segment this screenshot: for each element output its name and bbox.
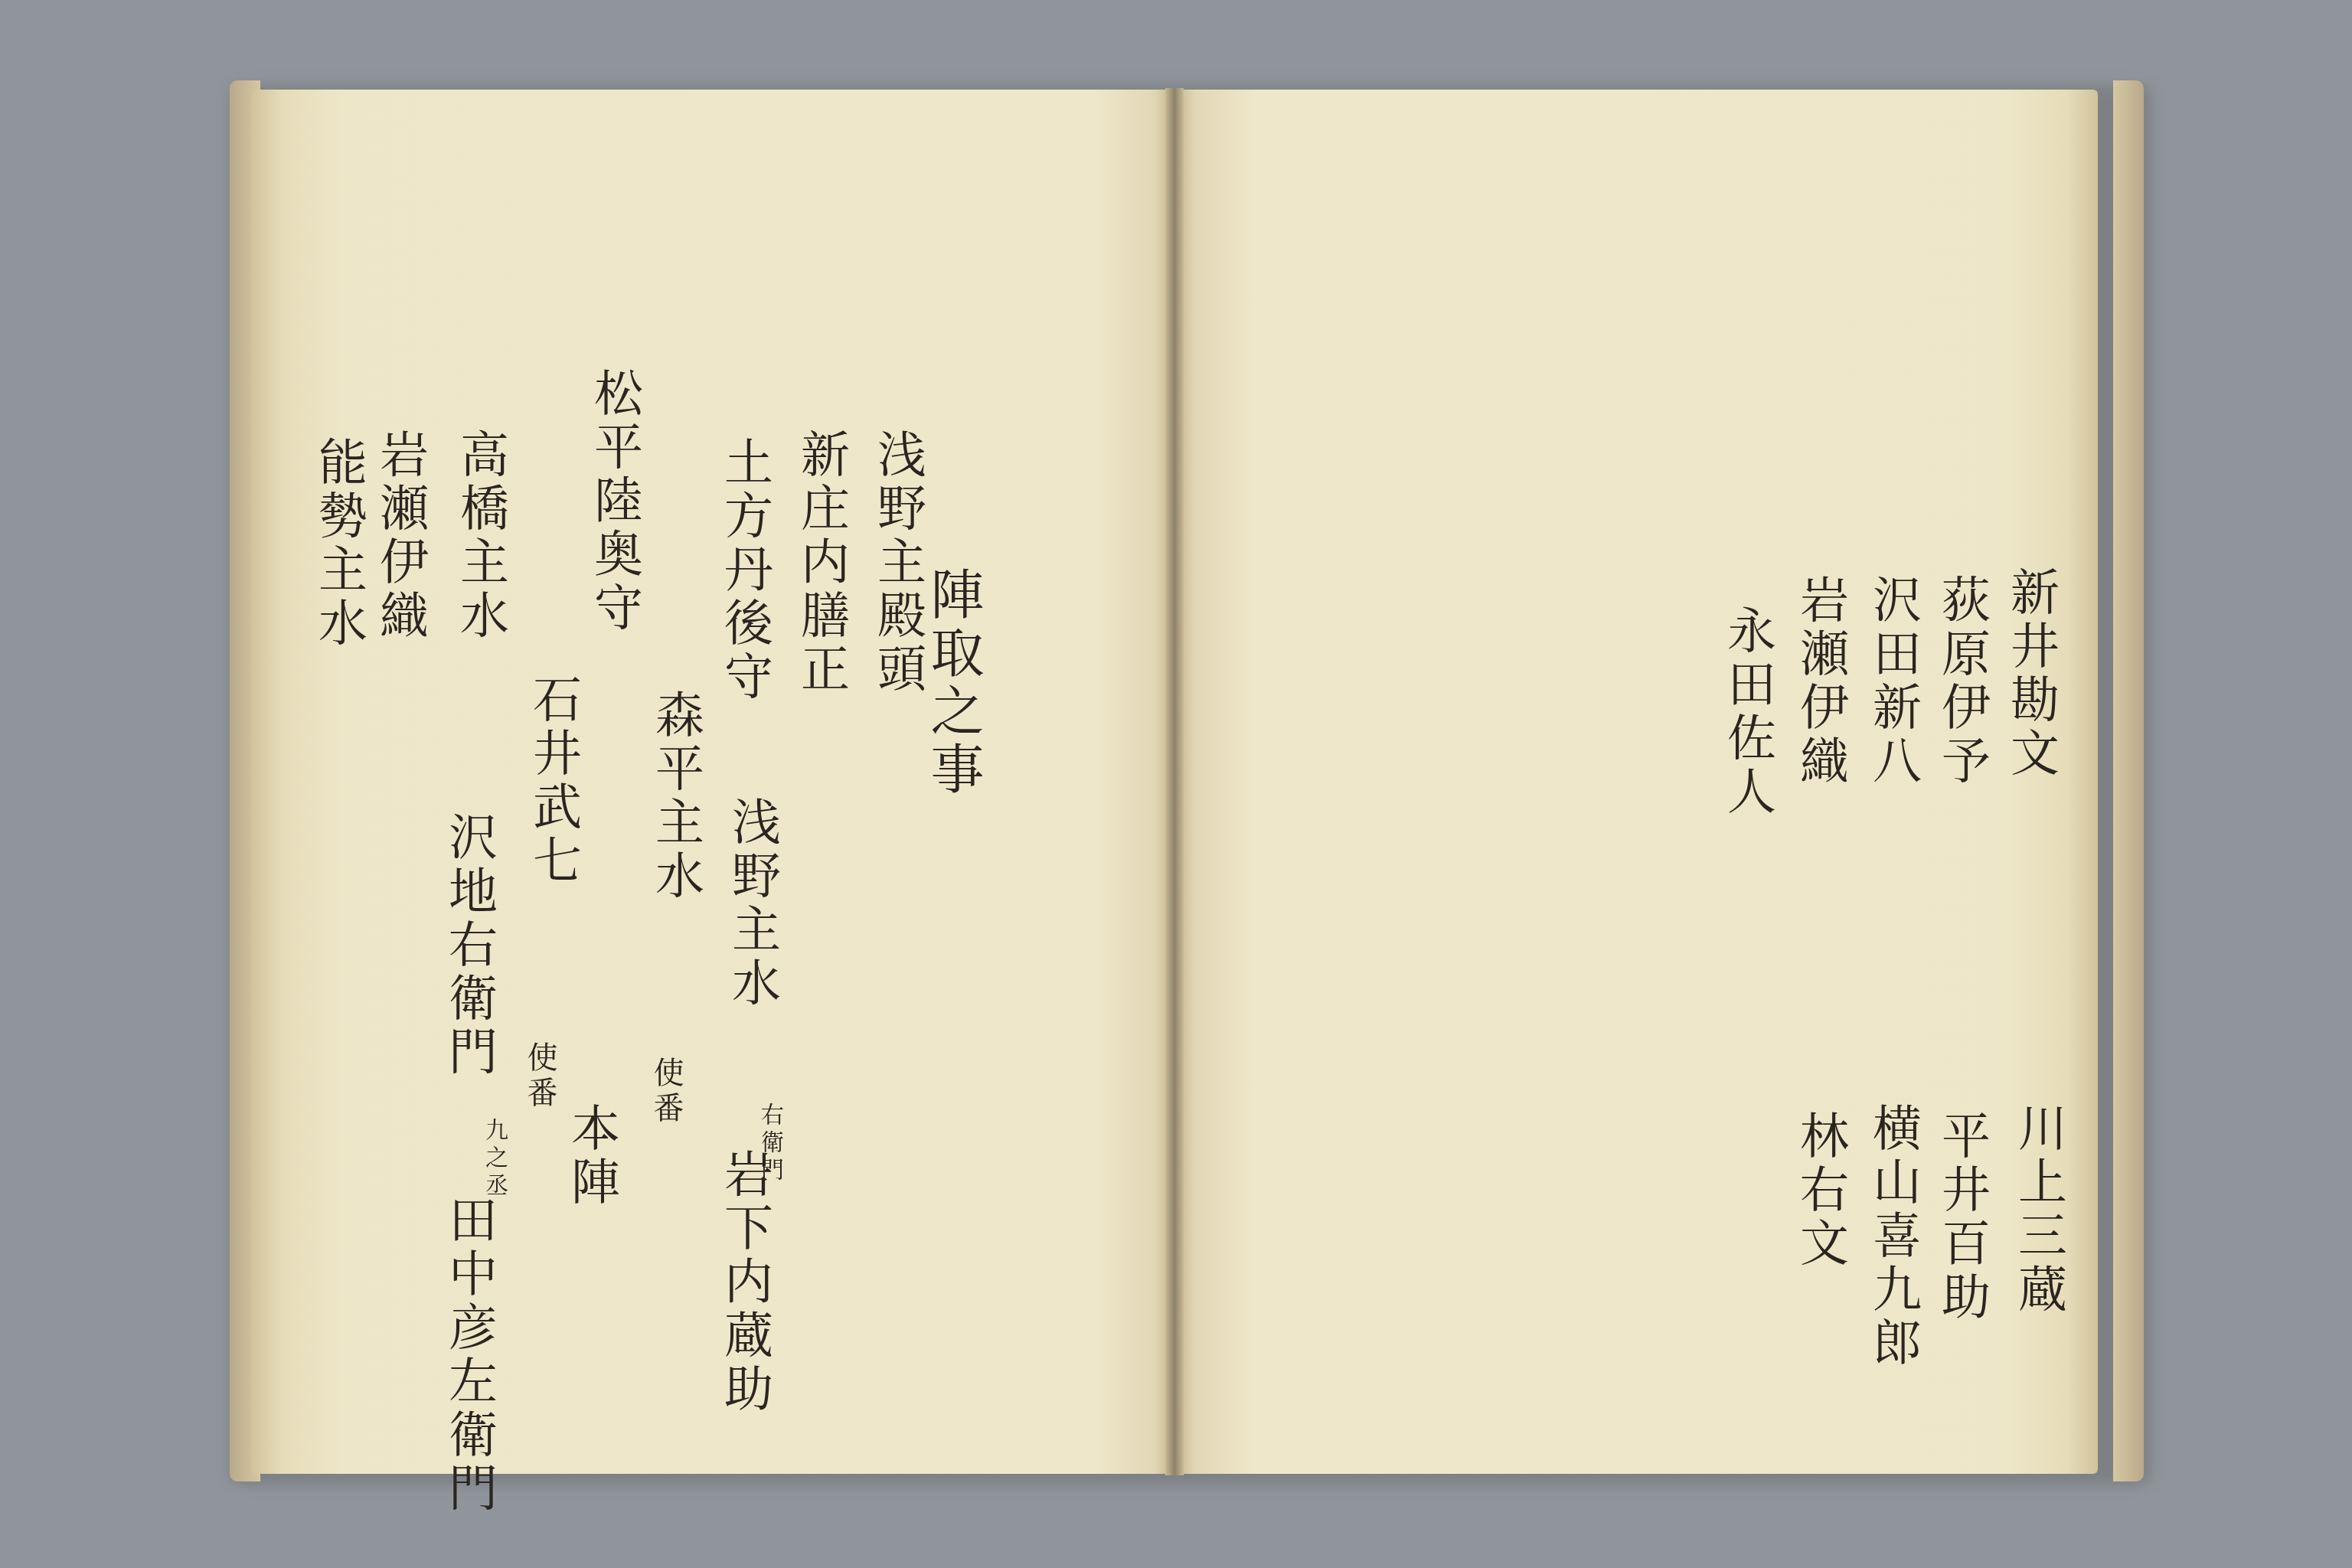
right-page-text-column: 川上三蔵 [2014,1102,2063,1317]
left-page-text-column: 森平主水 [651,689,700,903]
left-page [251,90,1166,1474]
right-page-text-column: 林右文 [1795,1110,1844,1271]
right-page-text-column: 平井百助 [1937,1110,1986,1325]
right-page-text-column: 新井勘文 [2006,567,2055,781]
right-page-text-column: 沢田新八 [1868,574,1917,789]
left-page-text-column: 田中彦左衛門 [444,1194,493,1516]
left-page-text-column: 能勢主水 [314,436,363,651]
left-page-text-column: 土方丹後守 [720,436,769,704]
left-page-title: 陣取之事 [926,567,980,799]
right-page-text-column: 荻原伊予 [1937,574,1986,789]
left-page-text-column: 浅野主水 [727,796,776,1011]
left-page-text-column: 岩瀬伊織 [375,429,424,643]
left-page-text-column: 岩下内蔵助 [720,1148,769,1416]
left-page-text-column: 石井武七 [528,674,577,888]
left-page-text-column: 新庄内膳正 [796,429,845,697]
left-page-text-column: 浅野主殿頭 [873,429,922,697]
open-book [230,80,2144,1481]
left-page-text-column: 本陣 [567,1102,616,1210]
left-page-text-column: 松平陸奥守 [590,367,639,635]
left-page-text-column: 高橋主水 [456,429,505,643]
right-page-text-column: 岩瀬伊織 [1795,574,1844,789]
right-page-text-column: 横山喜九郎 [1868,1102,1917,1370]
left-page-text-column: 沢地右衛門 [444,812,493,1080]
left-page-text-column: 使番 [524,1041,555,1112]
right-cover-edge [2113,80,2144,1481]
book-gutter [1165,88,1184,1475]
left-page-text-column: 九之丞 [482,1118,505,1200]
left-page-text-column: 使番 [651,1057,681,1127]
right-page-text-column: 永田佐人 [1723,605,1772,819]
